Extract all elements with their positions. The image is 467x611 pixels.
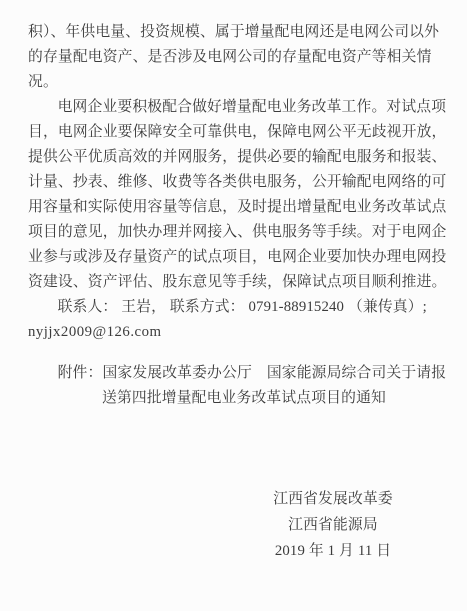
body-line-4: 电网企业要积极配合做好增量配电业务改革工作。对试点项 — [28, 95, 442, 120]
attachment-line-1: 附件：国家发展改革委办公厅 国家能源局综合司关于请报 — [28, 361, 442, 386]
body-line-1: 积）、年供电量、投资规模、属于增量配电网还是电网公司以外 — [28, 20, 442, 45]
attachment-title-part-1: 国家发展改革委办公厅 国家能源局综合司关于请报 — [102, 365, 446, 381]
body-line-5: 目，电网企业要保障安全可靠供电，保障电网公平无歧视开放， — [28, 120, 442, 145]
contact-line: 联系人： 王岩， 联系方式： 0791-88915240 （兼传真）; — [28, 295, 442, 320]
body-line-8: 用容量和实际使用容量等信息，及时提出增量配电业务改革试点 — [28, 195, 442, 220]
body-line-6: 提供公平优质高效的并网服务，提供必要的输配电服务和报装、 — [28, 145, 442, 170]
document-body: 积）、年供电量、投资规模、属于增量配电网还是电网公司以外 的存量配电资产、是否涉… — [28, 20, 442, 345]
body-line-9: 项目的意见，加快办理并网接入、供电服务等手续。对于电网企 — [28, 220, 442, 245]
signature-org-1: 江西省发展改革委 — [240, 486, 426, 512]
attachment-line-2: 送第四批增量配电业务改革试点项目的通知 — [102, 386, 442, 411]
attachment-section: 附件：国家发展改革委办公厅 国家能源局综合司关于请报 送第四批增量配电业务改革试… — [28, 361, 442, 411]
attachment-label: 附件： — [58, 365, 103, 381]
signature-org-2: 江西省能源局 — [240, 512, 426, 538]
signature-block: 江西省发展改革委 江西省能源局 2019 年 1 月 11 日 — [240, 486, 426, 564]
body-line-10: 业参与或涉及存量资产的试点项目，电网企业要加快办理电网投 — [28, 245, 442, 270]
contact-email: nyjjx2009@126.com — [28, 320, 442, 345]
body-line-11: 资建设、资产评估、股东意见等手续，保障试点项目顺利推进。 — [28, 270, 442, 295]
body-line-3: 况。 — [28, 70, 442, 95]
body-line-7: 计量、抄表、维修、收费等各类供电服务，公开输配电网络的可 — [28, 170, 442, 195]
document-page: 积）、年供电量、投资规模、属于增量配电网还是电网公司以外 的存量配电资产、是否涉… — [0, 0, 467, 611]
body-line-2: 的存量配电资产、是否涉及电网公司的存量配电资产等相关情 — [28, 45, 442, 70]
signature-date: 2019 年 1 月 11 日 — [240, 538, 426, 564]
